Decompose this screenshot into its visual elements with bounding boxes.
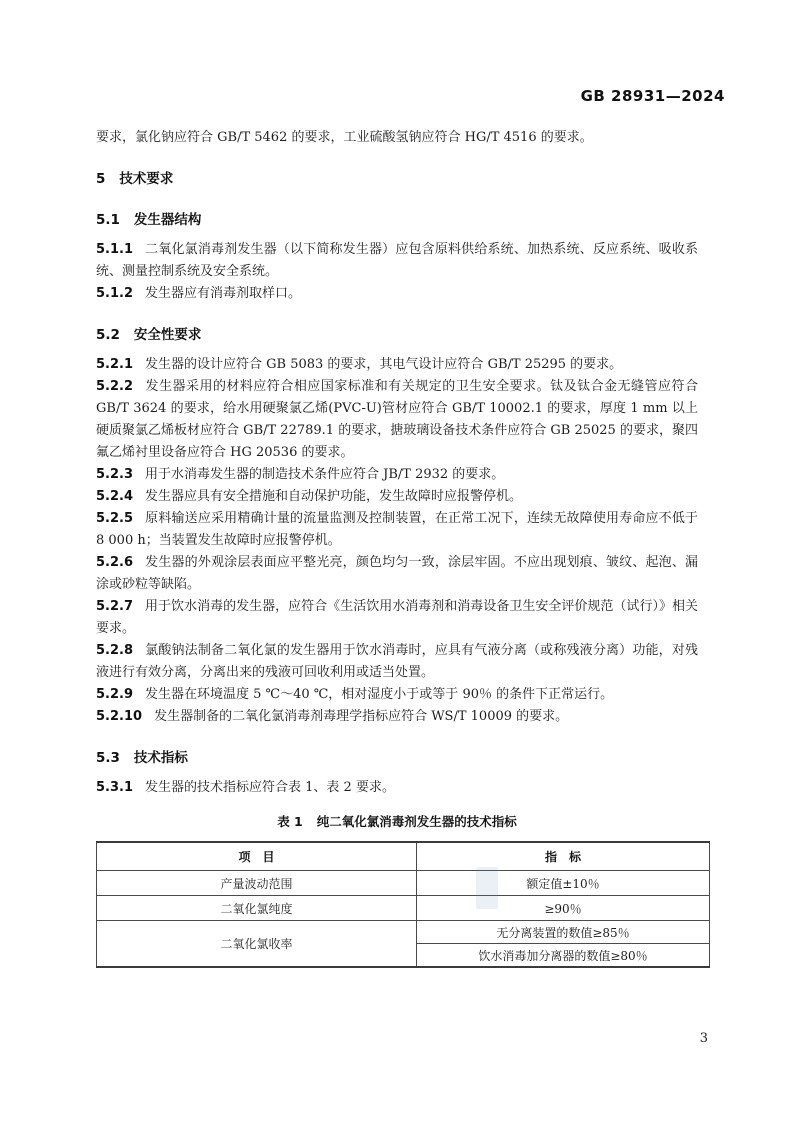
clause-5-2-9: 5.2.9发生器在环境温度 5 ℃～40 ℃，相对湿度小于或等于 90％ 的条件…	[96, 684, 698, 706]
standard-number-header: GB 28931—2024	[96, 88, 725, 104]
column-header-item: 项 目	[97, 842, 417, 871]
clause-5-2-8: 5.2.8氯酸钠法制备二氧化氯的发生器用于饮水消毒时，应具有气液分离（或称残液分…	[96, 640, 698, 684]
table-1-caption: 表 1纯二氧化氯消毒剂发生器的技术指标	[96, 811, 698, 833]
cell-value: ≥90％	[416, 896, 709, 921]
table-caption-title: 纯二氧化氯消毒剂发生器的技术指标	[317, 814, 517, 829]
heading-title: 发生器结构	[134, 212, 202, 228]
clause-5-2-4: 5.2.4发生器应具有安全措施和自动保护功能，发生故障时应报警停机。	[96, 486, 698, 508]
clause-number: 5.1.2	[96, 286, 133, 301]
clause-number: 5.3.1	[96, 780, 133, 795]
clause-5-1-1: 5.1.1二氧化氯消毒剂发生器（以下简称发生器）应包含原料供给系统、加热系统、反…	[96, 239, 698, 283]
clause-5-2-5: 5.2.5原料输送应采用精确计量的流量监测及控制装置，在正常工况下，连续无故障使…	[96, 508, 698, 552]
table-caption-label: 表 1	[277, 814, 303, 829]
clause-number: 5.2.5	[96, 511, 133, 526]
heading-number: 5.2	[96, 327, 120, 343]
clause-text: 发生器的技术指标应符合表 1、表 2 要求。	[145, 780, 395, 795]
clause-5-1-2: 5.1.2发生器应有消毒剂取样口。	[96, 283, 698, 305]
clause-text: 发生器的外观涂层表面应平整光亮，颜色均匀一致，涂层牢固。不应出现划痕、皱纹、起泡…	[96, 555, 698, 592]
clause-number: 5.2.1	[96, 357, 133, 372]
clause-5-2-7: 5.2.7用于饮水消毒的发生器，应符合《生活饮用水消毒剂和消毒设备卫生安全评价规…	[96, 596, 698, 640]
clause-text: 发生器采用的材料应符合相应国家标准和有关规定的卫生安全要求。钛及钛合金无缝管应符…	[96, 379, 698, 460]
clause-5-3-1: 5.3.1发生器的技术指标应符合表 1、表 2 要求。	[96, 777, 698, 799]
clause-number: 5.2.9	[96, 687, 133, 702]
heading-5-technical-requirements: 5技术要求	[96, 168, 698, 190]
clause-text: 氯酸钠法制备二氧化氯的发生器用于饮水消毒时，应具有气液分离（或称残液分离）功能，…	[96, 643, 698, 680]
clause-number: 5.2.2	[96, 379, 133, 394]
clause-text: 原料输送应采用精确计量的流量监测及控制装置，在正常工况下，连续无故障使用寿命应不…	[96, 511, 698, 548]
clause-text: 发生器应有消毒剂取样口。	[145, 286, 301, 301]
clause-text: 发生器制备的二氧化氯消毒剂毒理学指标应符合 WS/T 10009 的要求。	[154, 709, 568, 724]
intro-paragraph: 要求，氯化钠应符合 GB/T 5462 的要求，工业硫酸氢钠应符合 HG/T 4…	[96, 127, 698, 149]
clause-5-2-3: 5.2.3用于水消毒发生器的制造技术条件应符合 JB/T 2932 的要求。	[96, 464, 698, 486]
clause-number: 5.2.6	[96, 555, 133, 570]
page-number: 3	[700, 1031, 708, 1047]
heading-number: 5.3	[96, 750, 120, 766]
clause-text: 用于饮水消毒的发生器，应符合《生活饮用水消毒剂和消毒设备卫生安全评价规范（试行）…	[96, 599, 698, 636]
clause-5-2-10: 5.2.10发生器制备的二氧化氯消毒剂毒理学指标应符合 WS/T 10009 的…	[96, 706, 698, 728]
clause-number: 5.2.8	[96, 643, 133, 658]
clause-number: 5.2.10	[96, 709, 142, 724]
cell-value: 额定值±10％	[416, 871, 709, 896]
document-page: GB 28931—2024 要求，氯化钠应符合 GB/T 5462 的要求，工业…	[0, 0, 794, 1123]
column-header-indicator: 指 标	[416, 842, 709, 871]
heading-title: 技术要求	[119, 171, 173, 187]
cell-item-merged: 二氧化氯收率	[97, 921, 417, 968]
clause-text: 二氧化氯消毒剂发生器（以下简称发生器）应包含原料供给系统、加热系统、反应系统、吸…	[96, 242, 698, 279]
clause-text: 发生器的设计应符合 GB 5083 的要求，其电气设计应符合 GB/T 2529…	[145, 357, 622, 372]
heading-5-1-generator-structure: 5.1发生器结构	[96, 209, 698, 231]
heading-5-2-safety-requirements: 5.2安全性要求	[96, 324, 698, 346]
clause-number: 5.2.4	[96, 489, 133, 504]
clause-5-2-2: 5.2.2发生器采用的材料应符合相应国家标准和有关规定的卫生安全要求。钛及钛合金…	[96, 376, 698, 464]
page-content: GB 28931—2024 要求，氯化钠应符合 GB/T 5462 的要求，工业…	[0, 0, 794, 968]
clause-5-2-6: 5.2.6发生器的外观涂层表面应平整光亮，颜色均匀一致，涂层牢固。不应出现划痕、…	[96, 552, 698, 596]
cell-value: 饮水消毒加分离器的数值≥80％	[416, 944, 709, 968]
table-1-container: 项 目 指 标 产量波动范围 额定值±10％ 二氧化氯纯度 ≥90％ 二氧化氯收…	[96, 841, 698, 968]
clause-text: 发生器在环境温度 5 ℃～40 ℃，相对湿度小于或等于 90％ 的条件下正常运行…	[145, 687, 613, 702]
table-row: 产量波动范围 额定值±10％	[97, 871, 710, 896]
clause-number: 5.1.1	[96, 242, 133, 257]
clause-text: 用于水消毒发生器的制造技术条件应符合 JB/T 2932 的要求。	[145, 467, 504, 482]
table-row: 二氧化氯收率 无分离装置的数值≥85％	[97, 921, 710, 944]
heading-number: 5.1	[96, 212, 120, 228]
clause-number: 5.2.3	[96, 467, 133, 482]
clause-5-2-1: 5.2.1发生器的设计应符合 GB 5083 的要求，其电气设计应符合 GB/T…	[96, 354, 698, 376]
heading-title: 安全性要求	[134, 327, 202, 343]
cell-value: 无分离装置的数值≥85％	[416, 921, 709, 944]
cell-item: 产量波动范围	[97, 871, 417, 896]
heading-title: 技术指标	[134, 750, 188, 766]
cell-item: 二氧化氯纯度	[97, 896, 417, 921]
table-1-technical-indicators: 项 目 指 标 产量波动范围 额定值±10％ 二氧化氯纯度 ≥90％ 二氧化氯收…	[96, 841, 710, 968]
table-header-row: 项 目 指 标	[97, 842, 710, 871]
table-row: 二氧化氯纯度 ≥90％	[97, 896, 710, 921]
heading-number: 5	[96, 171, 105, 187]
heading-5-3-technical-indicators: 5.3技术指标	[96, 747, 698, 769]
clause-number: 5.2.7	[96, 599, 133, 614]
clause-text: 发生器应具有安全措施和自动保护功能，发生故障时应报警停机。	[145, 489, 522, 504]
